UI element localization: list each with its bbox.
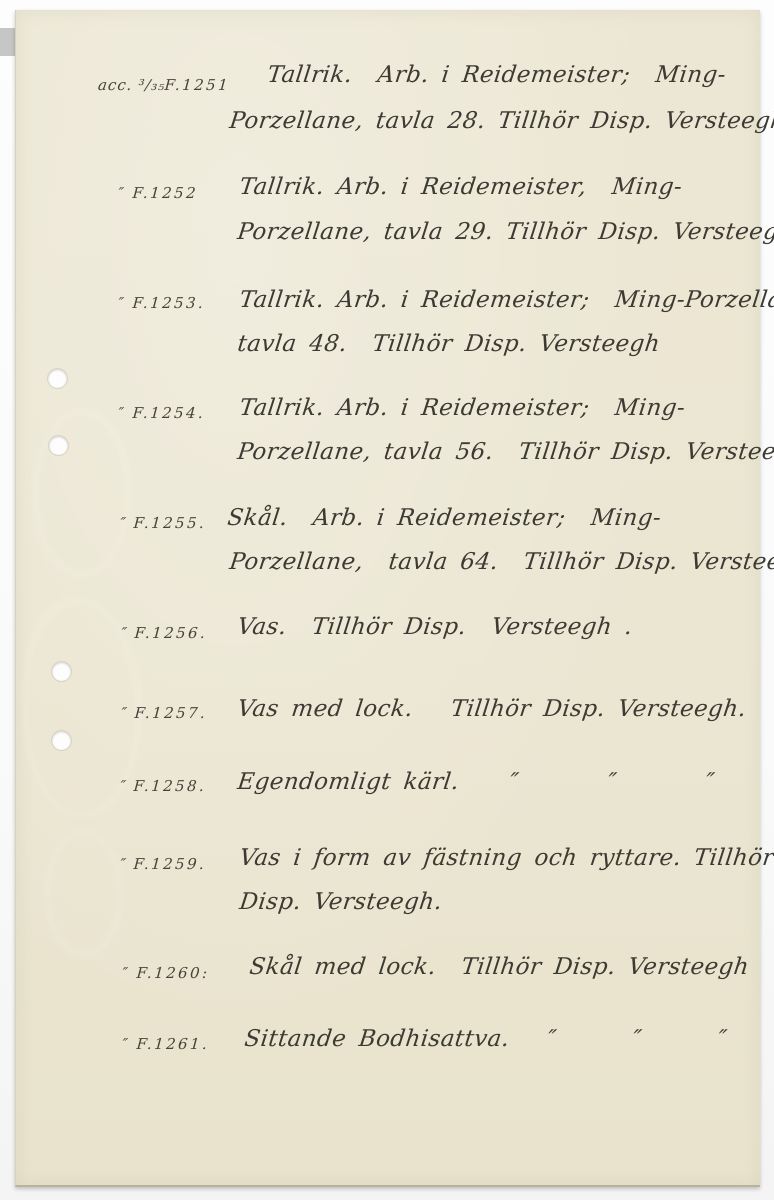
entry-text-line: Disp. Versteegh. [238,889,444,915]
entry-number: F.1258. [133,777,207,795]
entry-number: F.1252 [132,184,199,202]
entry-text-line: Vas. Tillhör Disp. Versteegh . [236,614,634,640]
entry-number: F.1260: [136,964,210,982]
punch-hole [49,436,68,455]
entry-text-line: Skål. Arb. i Reidemeister; Ming- [226,505,663,531]
paper-watermark [46,830,122,956]
entry-text-line: Egendomligt kärl. ″ ″ ″ [236,769,716,795]
entry-text-line: Porzellane, tavla 28. Tillhör Disp. Vers… [228,108,774,134]
entry-text-line: Porzellane, tavla 64. Tillhör Disp. Vers… [228,549,774,575]
entry-text-line: Tallrik. Arb. i Reidemeister, Ming- [238,174,684,200]
entry-text-line: Porzellane, tavla 29. Tillhör Disp. Vers… [236,219,774,245]
entry-number: F.1261. [136,1035,210,1053]
entry-text-line: Skål med lock. Tillhör Disp. Versteegh [248,954,751,980]
entry-text-line: Vas med lock. Tillhör Disp. Versteegh. [236,696,748,722]
accession-label: acc. ³/₃₅ [97,76,167,94]
entry-text-line: Porzellane, tavla 56. Tillhör Disp. Vers… [236,439,774,465]
entry-number: F.1257. [134,704,208,722]
punch-hole [52,731,71,750]
entry-text-line: Tallrik. Arb. i Reidemeister; Ming-Porze… [238,287,774,313]
entry-text-line: tavla 48. Tillhör Disp. Versteegh [236,331,662,357]
punch-hole [48,369,67,388]
entry-number: F.1251 [164,76,231,94]
entry-text-line: Tallrik. Arb. i Reidemeister; Ming- [238,395,687,421]
entry-text-line: Tallrik. Arb. i Reidemeister; Ming- [266,62,727,88]
paper-watermark [34,410,130,576]
punch-hole [52,662,71,681]
entry-number: F.1259. [133,855,207,873]
entry-number: F.1254. [132,404,206,422]
entry-text-line: Vas i form av fästning och ryttare. Till… [238,845,774,871]
entry-number: F.1255. [133,514,207,532]
entry-number: F.1256. [134,624,208,642]
entry-number: F.1253. [132,294,206,312]
entry-text-line: Sittande Bodhisattva. ″ ″ ″ [243,1026,729,1052]
